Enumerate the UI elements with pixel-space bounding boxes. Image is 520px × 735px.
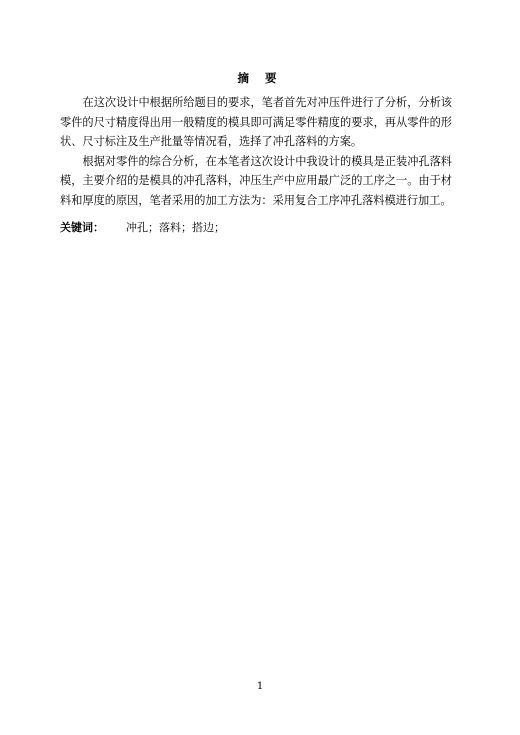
abstract-title: 摘 要 — [0, 70, 520, 86]
keywords-values: 冲孔；落料；搭边； — [126, 221, 225, 234]
document-page: 摘 要 在这次设计中根据所给题目的要求，笔者首先对冲压件进行了分析，分析该零件的… — [0, 0, 520, 735]
keywords-line: 关键词：冲孔；落料；搭边； — [60, 219, 225, 235]
page-number: 1 — [0, 681, 520, 692]
abstract-paragraph-1: 在这次设计中根据所给题目的要求，笔者首先对冲压件进行了分析，分析该零件的尺寸精度… — [60, 93, 452, 152]
keywords-label: 关键词： — [60, 221, 104, 234]
abstract-paragraph-2: 根据对零件的综合分析，在本笔者这次设计中我设计的模具是正装冲孔落料模，主要介绍的… — [60, 152, 452, 211]
abstract-body: 在这次设计中根据所给题目的要求，笔者首先对冲压件进行了分析，分析该零件的尺寸精度… — [60, 93, 452, 210]
